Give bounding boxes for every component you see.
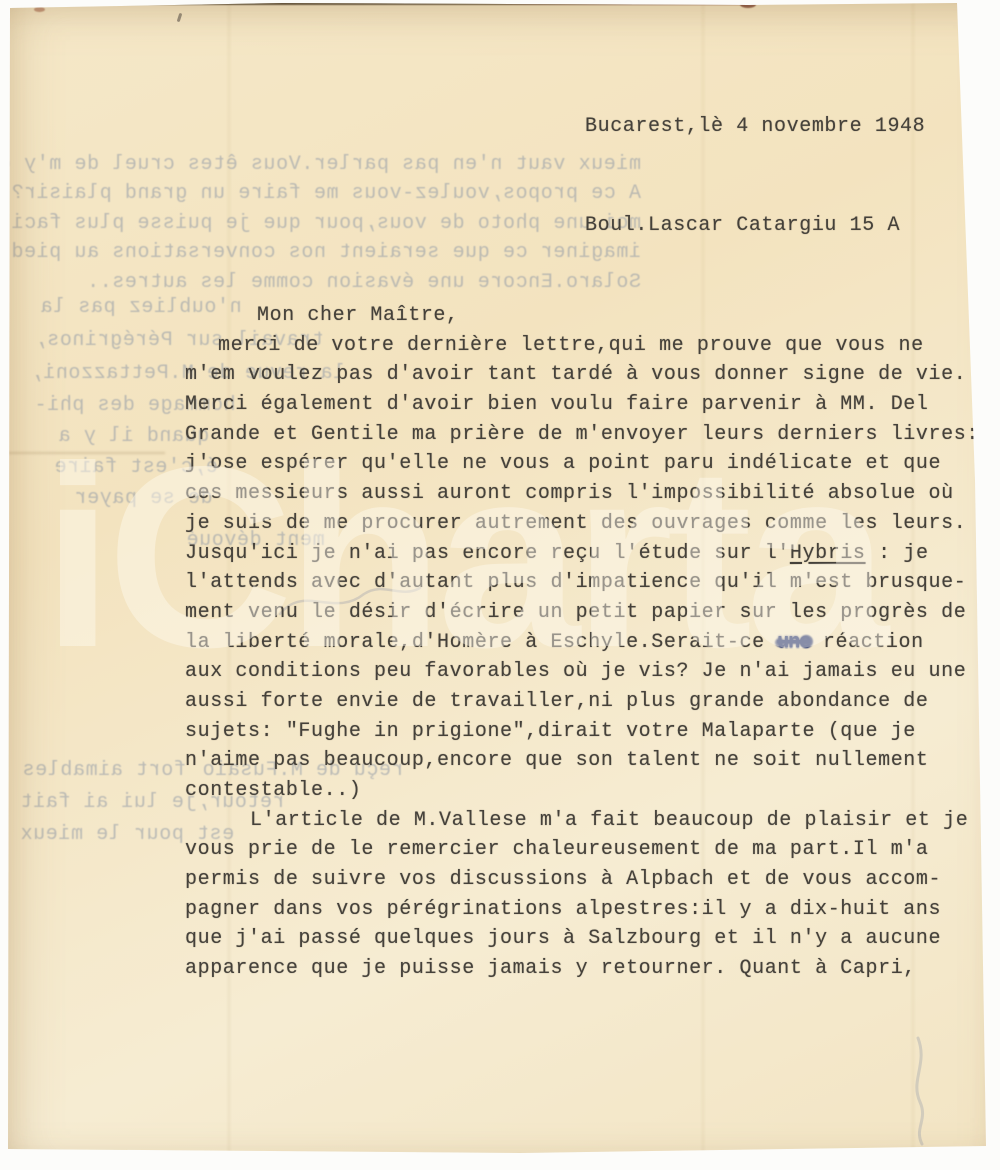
letter-line: ment venu le désir d'écrire un petit pap… bbox=[185, 598, 979, 628]
letter-line: contestable..) bbox=[185, 776, 979, 806]
letter-line: vous prie de le remercier chaleureusemen… bbox=[185, 835, 979, 865]
letter-text: aux conditions peu favorables où je vis?… bbox=[185, 660, 966, 683]
paper-speck bbox=[177, 13, 183, 22]
horizontal-crease bbox=[0, 452, 165, 454]
letter-text: merci de votre dernière lettre,qui me pr… bbox=[218, 334, 924, 357]
letter-text: : je bbox=[866, 542, 929, 565]
letter-line: apparence que je puisse jamais y retourn… bbox=[185, 954, 979, 984]
bleed-line: moi une photo de vous,pour que je puisse… bbox=[35, 209, 641, 238]
letter-line: j'ose espérer qu'elle ne vous a point pa… bbox=[185, 449, 979, 479]
letter-text: contestable..) bbox=[185, 779, 361, 802]
letter-text: pagner dans vos pérégrinations alpestres… bbox=[185, 898, 941, 921]
letter-line: Jusqu'ici je n'ai pas encore reçu l'étud… bbox=[185, 539, 979, 569]
bleed-line: mieux vaut n'en pas parler.Vous êtes cru… bbox=[35, 150, 641, 179]
letter-text: l'attends avec d'autant plus d'impatienc… bbox=[185, 571, 966, 594]
letter-line: permis de suivre vos discussions à Alpba… bbox=[185, 865, 979, 895]
letter-body: Mon cher Maître,merci de votre dernière … bbox=[185, 301, 979, 984]
letter-text: permis de suivre vos discussions à Alpba… bbox=[185, 868, 941, 891]
letter-text: je suis de me procurer autrement des ouv… bbox=[185, 512, 966, 535]
ink-struck-word: une bbox=[777, 631, 810, 654]
letter-text: n'aime pas beaucoup,encore que son talen… bbox=[185, 749, 929, 772]
letter-line: Merci également d'avoir bien voulu faire… bbox=[185, 390, 979, 420]
dateline: Bucarest,lè 4 novembre 1948 bbox=[585, 110, 925, 143]
letter-text: m'em voulez pas d'avoir tant tardé à vou… bbox=[185, 363, 966, 386]
bleed-line: imaginer ce que seraient nos conversatio… bbox=[35, 238, 641, 267]
letter-line: ces messieurs aussi auront compris l'imp… bbox=[185, 479, 979, 509]
bleed-line: A ce propos,voulez-vous me faire un gran… bbox=[35, 179, 641, 208]
letter-text: Merci également d'avoir bien voulu faire… bbox=[185, 393, 929, 416]
letter-line: aux conditions peu favorables où je vis?… bbox=[185, 657, 979, 687]
letter-text: ment venu le désir d'écrire un petit pap… bbox=[185, 601, 966, 624]
pencil-bleed-mark bbox=[902, 1032, 962, 1152]
letter-line: L'article de M.Vallese m'a fait beaucoup… bbox=[185, 806, 979, 836]
paper-sheet: mieux vaut n'en pas parler.Vous êtes cru… bbox=[0, 0, 1000, 1170]
letter-text: apparence que je puisse jamais y retourn… bbox=[185, 957, 916, 980]
letter-line: je suis de me procurer autrement des ouv… bbox=[185, 509, 979, 539]
letter-scan: { "page": { "background": "#fcfcfa", "pa… bbox=[0, 0, 1000, 1170]
letter-text: sujets: "Fughe in prigione",dirait votre… bbox=[185, 720, 916, 743]
letter-line: Grande et Gentile ma prière de m'envoyer… bbox=[185, 420, 979, 450]
letter-text: réaction bbox=[810, 631, 923, 654]
letter-text: ces messieurs aussi auront compris l'imp… bbox=[185, 482, 954, 505]
letter-line: m'em voulez pas d'avoir tant tardé à vou… bbox=[185, 360, 979, 390]
letter-text: Mon cher Maître, bbox=[257, 304, 459, 327]
letter-text: Grande et Gentile ma prière de m'envoyer… bbox=[185, 423, 979, 446]
letter-text: aussi forte envie de travailler,ni plus … bbox=[185, 690, 929, 713]
letter-text: Jusqu'ici je n'ai pas encore reçu l'étud… bbox=[185, 542, 790, 565]
letter-text: la liberté morale,d'Homère à Eschyle.Ser… bbox=[185, 631, 777, 654]
letter-line: merci de votre dernière lettre,qui me pr… bbox=[185, 331, 979, 361]
bleed-top-block: mieux vaut n'en pas parler.Vous êtes cru… bbox=[35, 150, 641, 297]
letter-line: aussi forte envie de travailler,ni plus … bbox=[185, 687, 979, 717]
bleed-fragment: fort aimables bbox=[22, 759, 186, 782]
address-line: Boul.Lascar Catargiu 15 A bbox=[585, 209, 925, 242]
scan-edge-shadow bbox=[6, 0, 750, 5]
bleed-line: Solaro.Encore une évasion comme les autr… bbox=[35, 268, 641, 297]
letter-text: que j'ai passé quelques jours à Salzbour… bbox=[185, 927, 941, 950]
letter-line: la liberté morale,d'Homère à Eschyle.Ser… bbox=[185, 628, 979, 658]
letter-line: que j'ai passé quelques jours à Salzbour… bbox=[185, 924, 979, 954]
underlined-word: Hybris bbox=[790, 542, 866, 565]
letter-text: L'article de M.Vallese m'a fait beaucoup… bbox=[250, 809, 968, 832]
letter-line: sujets: "Fughe in prigione",dirait votre… bbox=[185, 717, 979, 747]
paper-speck bbox=[34, 7, 45, 12]
letter-line: n'aime pas beaucoup,encore que son talen… bbox=[185, 746, 979, 776]
letter-line: Mon cher Maître, bbox=[185, 301, 979, 331]
letter-line: l'attends avec d'autant plus d'impatienc… bbox=[185, 568, 979, 598]
letter-line: pagner dans vos pérégrinations alpestres… bbox=[185, 895, 979, 925]
letter-header: Bucarest,lè 4 novembre 1948 Boul.Lascar … bbox=[585, 44, 925, 308]
letter-text: vous prie de le remercier chaleureusemen… bbox=[185, 838, 929, 861]
paper-speck bbox=[740, 1, 756, 8]
letter-text: j'ose espérer qu'elle ne vous a point pa… bbox=[185, 452, 941, 475]
